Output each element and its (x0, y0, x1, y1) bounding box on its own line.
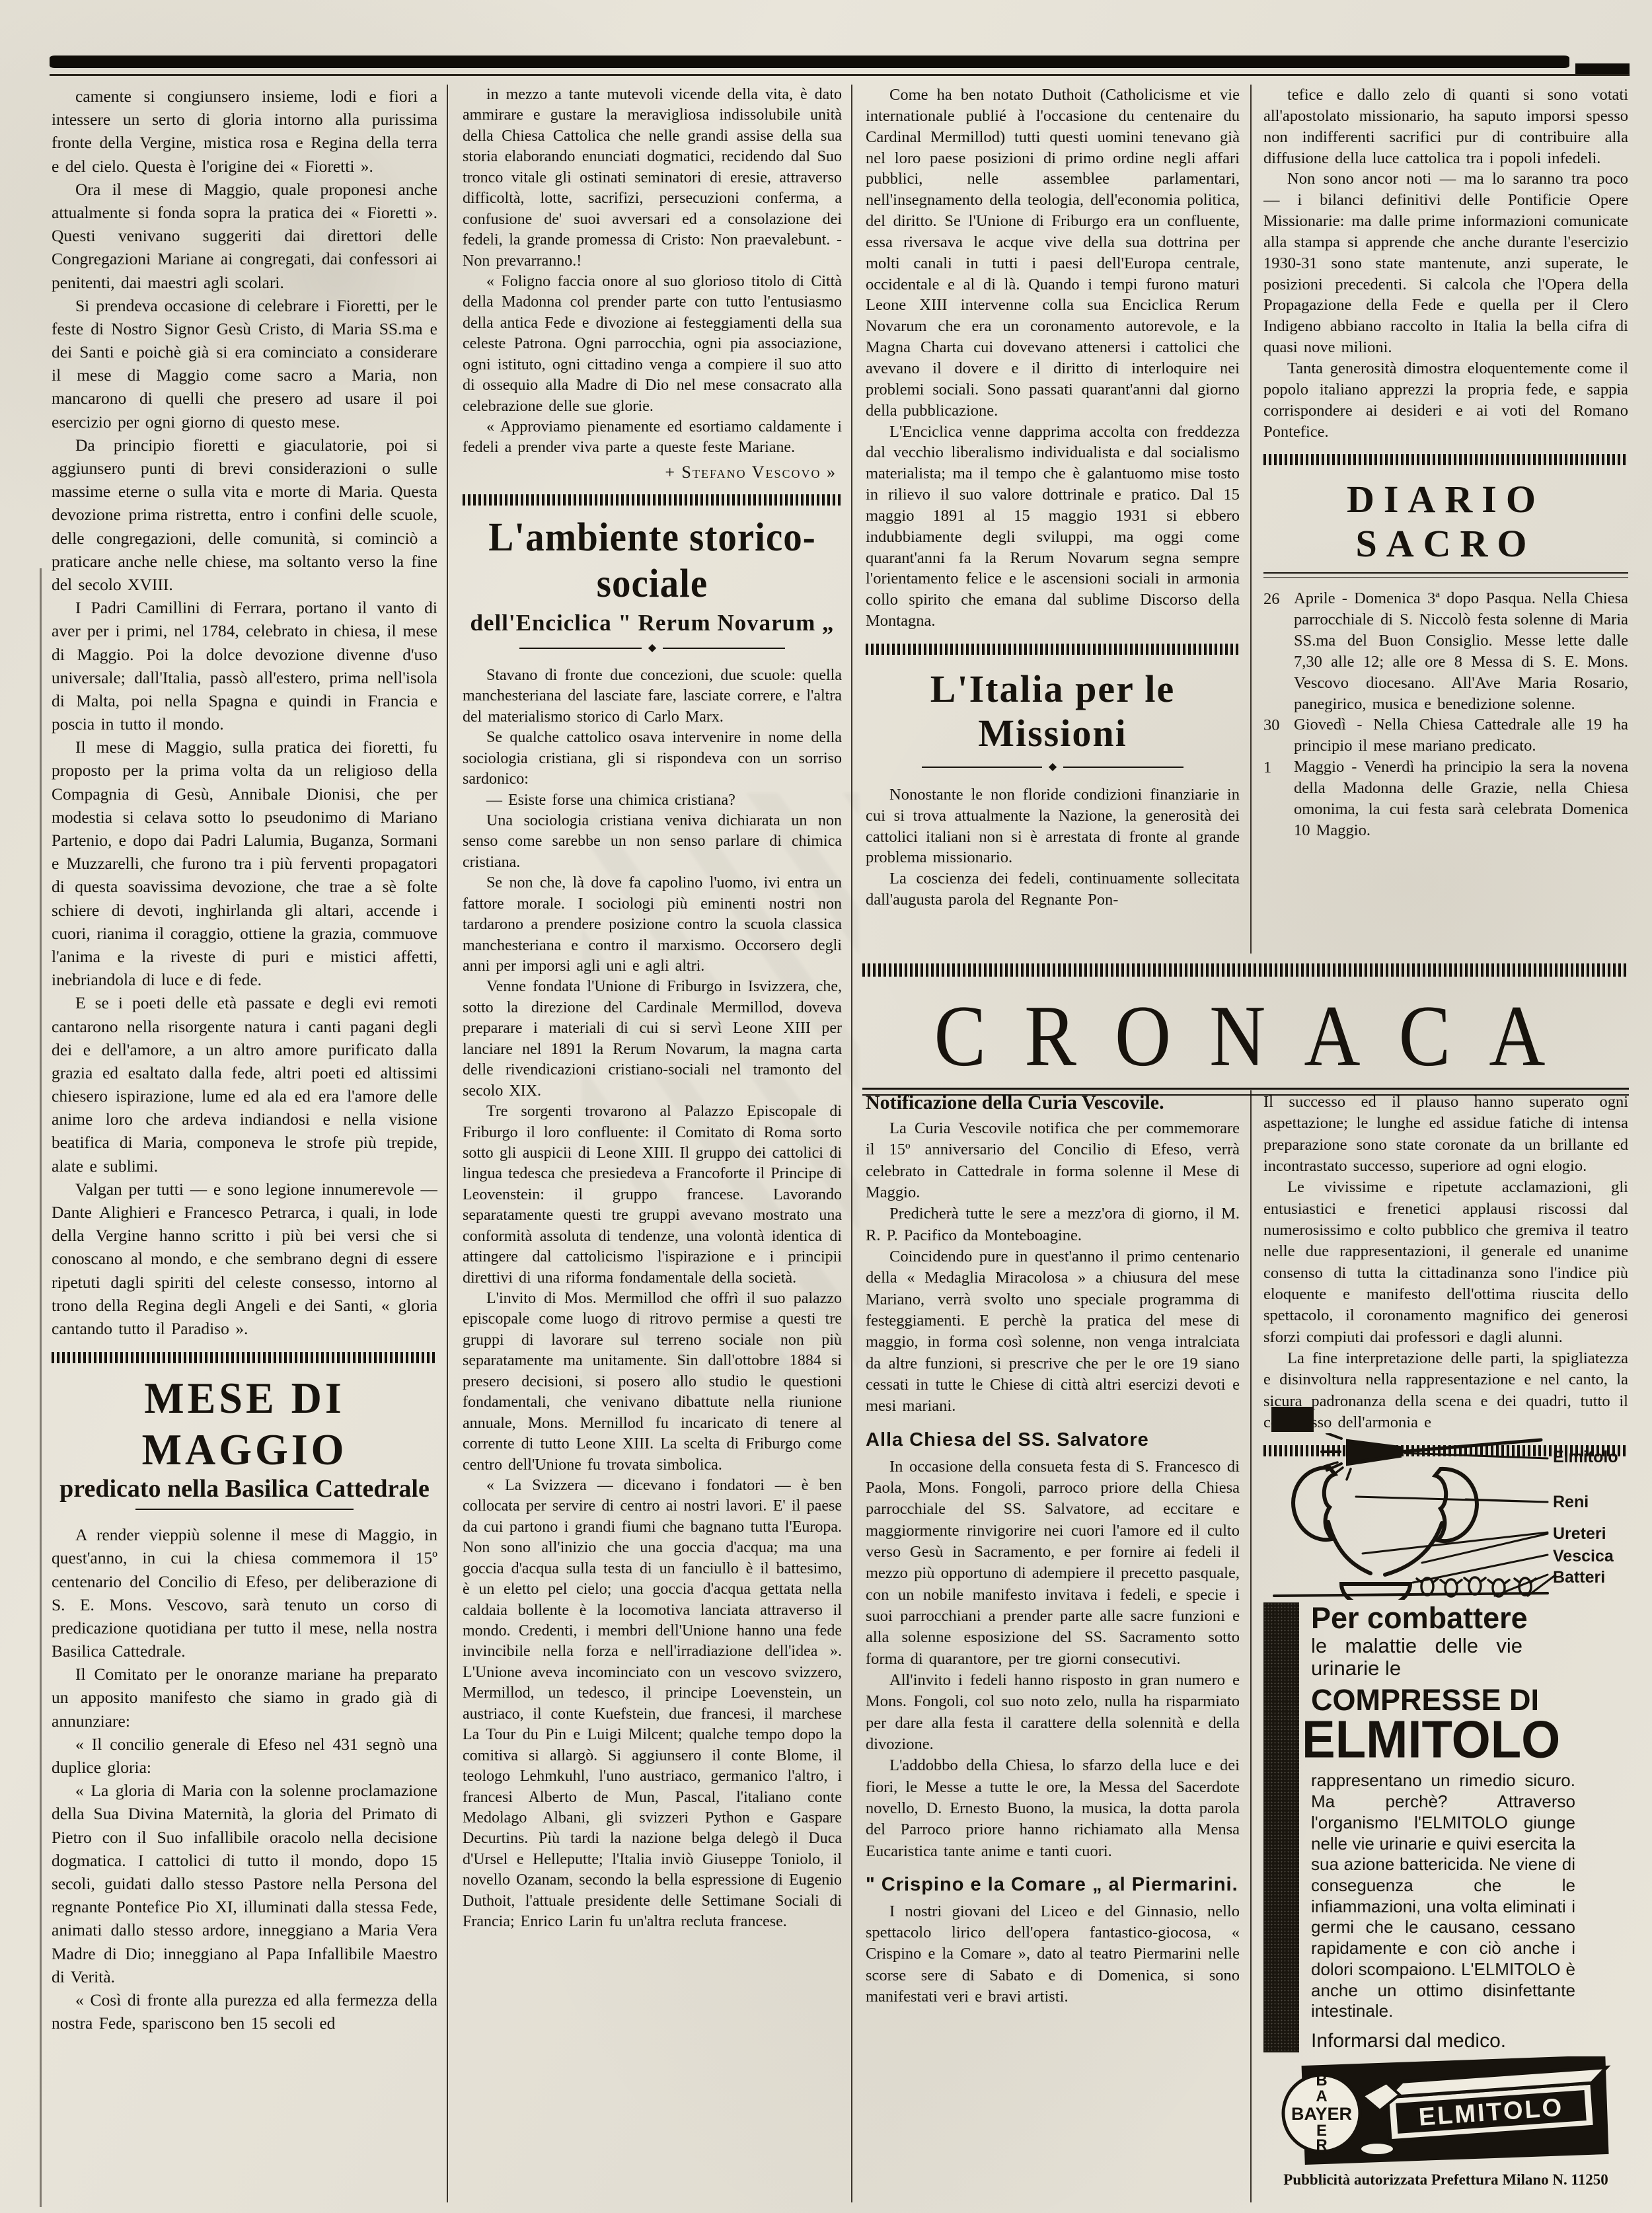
diario-entry-text: Aprile - Domenica 3ª dopo Pasqua. Nella … (1294, 588, 1628, 714)
article-paragraph: in mezzo a tante mutevoli vicende della … (463, 85, 842, 272)
column-4-cronaca-and-ad: Il successo ed il plauso hanno superato … (1263, 1092, 1628, 2205)
article-paragraph: Il Comitato per le onoranze mariane ha p… (52, 1663, 437, 1733)
masthead-thin-rule (50, 74, 1629, 76)
column-divider-3a (1250, 85, 1252, 954)
article-paragraph: I Padri Camillini di Ferrara, portano il… (52, 596, 437, 735)
article-paragraph: « Il concilio generale di Efeso nel 431 … (52, 1733, 437, 1779)
article-paragraph: camente si congiunsero insieme, lodi e f… (52, 85, 437, 178)
column-2: in mezzo a tante mutevoli vicende della … (463, 85, 842, 2207)
section-heading-cronaca: CRONACA (862, 986, 1629, 1086)
article-paragraph: « Così di fronte alla purezza ed alla fe… (52, 1988, 437, 2035)
column-divider-1 (447, 85, 448, 2202)
article-paragraph: Predicherà tutte le sere a mezz'ora di g… (866, 1203, 1240, 1246)
ad-product-line2: ELMITOLO (1302, 1713, 1628, 1766)
urinary-tract-illustration: Elmitolo Reni Ureteri Vescica Batteri (1263, 1433, 1628, 1600)
ad-logo-row: BAYER B A E R ELMITOLO (1263, 2056, 1628, 2170)
cronaca-subheading-ss-salvatore: Alla Chiesa del SS. Salvatore (866, 1429, 1240, 1451)
bayer-logo-and-package: BAYER B A E R ELMITOLO (1263, 2056, 1628, 2170)
article-paragraph: All'invito i fedeli hanno risposto in gr… (866, 1670, 1240, 1755)
article-paragraph: — Esiste forse una chimica cristiana? (463, 790, 842, 811)
diario-entry-text: Giovedì - Nella Chiesa Cattedrale alle 1… (1294, 714, 1628, 757)
ornament-divider: ◆ (922, 762, 1183, 772)
heading-rule (135, 1509, 354, 1510)
diagram-label-ureteri: Ureteri (1553, 1524, 1606, 1544)
article-paragraph: Si prendeva occasione di celebrare i Fio… (52, 294, 437, 433)
section-heading-mese-di-maggio: MESE DI MAGGIO (52, 1372, 437, 1475)
diario-entry: 1 Maggio - Venerdì ha principio la sera … (1263, 757, 1628, 841)
diagram-label-elmitolo: Elmitolo (1553, 1448, 1618, 1467)
column-divider-3b (1250, 1090, 1252, 2202)
newspaper-page: camente si congiunsero insieme, lodi e f… (0, 0, 1652, 2213)
elmitolo-advertisement: Elmitolo Reni Ureteri Vescica Batteri Pe… (1263, 1403, 1628, 2204)
diario-entry-day: 1 (1263, 757, 1294, 841)
article-paragraph: Il mese di Maggio, sulla pratica dei fio… (52, 735, 437, 991)
diario-entry-text: Maggio - Venerdì ha principio la sera la… (1294, 757, 1628, 841)
column-divider-2 (851, 85, 852, 2202)
diamond-ornament-icon: ◆ (648, 643, 656, 654)
article-paragraph: I nostri giovani del Liceo e del Ginnasi… (866, 1901, 1240, 2008)
diagram-label-batteri: Batteri (1553, 1568, 1605, 1587)
svg-text:A: A (1316, 2087, 1327, 2105)
section-divider (52, 1352, 437, 1363)
diario-entry-day: 30 (1263, 714, 1294, 757)
section-subheading-rerum-novarum: dell'Enciclica " Rerum Novarum „ (463, 610, 842, 636)
column-3-cronaca: Notificazione della Curia Vescovile. La … (866, 1092, 1240, 2205)
article-paragraph: Venne fondata l'Unione di Friburgo in Is… (463, 977, 842, 1102)
article-paragraph: Una sociologia cristiana veniva dichiara… (463, 811, 842, 873)
section-divider (866, 644, 1240, 655)
ad-subline: le malattie delle vie urinarie le (1311, 1635, 1522, 1680)
column-1: camente si congiunsero insieme, lodi e f… (52, 85, 437, 2207)
article-paragraph: Nonostante le non floride condizioni fin… (866, 784, 1240, 868)
article-paragraph: « Approviamo pienamente ed esortiamo cal… (463, 417, 842, 459)
article-paragraph: Valgan per tutti — e sono legione innume… (52, 1178, 437, 1340)
article-paragraph: Non sono ancor noti — ma lo saranno tra … (1263, 169, 1628, 358)
svg-text:B: B (1316, 2072, 1327, 2089)
column-3-upper: Come ha ben notato Duthoit (Catholicisme… (866, 85, 1240, 958)
ad-body-text: rappresentano un rimedio sicuro. Ma perc… (1311, 1770, 1575, 2022)
section-subheading: predicato nella Basilica Cattedrale (52, 1474, 437, 1503)
article-paragraph: A render vieppiù solenne il mese di Magg… (52, 1523, 437, 1663)
article-paragraph: Le vivissime e ripetute acclamazioni, gl… (1263, 1177, 1628, 1348)
article-paragraph: Stavano di fronte due concezioni, due sc… (463, 665, 842, 728)
cronaca-subheading-crispino: " Crispino e la Comare „ al Piermarini. (866, 1874, 1240, 1896)
svg-text:R: R (1316, 2136, 1327, 2154)
cronaca-banner: CRONACA (862, 963, 1629, 1106)
ad-call-to-action: Informarsi dal medico. (1311, 2030, 1628, 2052)
pastoral-letter-signature: + Stefano Vescovo » (463, 459, 842, 482)
ad-text-block: Per combattere le malattie delle vie uri… (1263, 1602, 1628, 2052)
page-left-edge (40, 568, 42, 2207)
masthead-rule (50, 56, 1569, 68)
article-paragraph: Ora il mese di Maggio, quale proponesi a… (52, 178, 437, 294)
column-4-upper: tefice e dallo zelo di quanti si sono vo… (1263, 85, 1628, 958)
section-divider (862, 963, 1629, 977)
article-paragraph: Come ha ben notato Duthoit (Catholicisme… (866, 85, 1240, 422)
article-paragraph: tefice e dallo zelo di quanti si sono vo… (1263, 85, 1628, 169)
section-heading-italia-missioni: L'Italia per le Missioni (866, 667, 1240, 755)
article-paragraph: In occasione della consueta festa di S. … (866, 1456, 1240, 1670)
section-heading-diario-sacro: DIARIO SACRO (1263, 477, 1628, 566)
diagram-label-reni: Reni (1553, 1493, 1589, 1512)
svg-text:BAYER: BAYER (1291, 2104, 1352, 2124)
article-paragraph: E se i poeti delle età passate e degli e… (52, 991, 437, 1178)
ad-lead-line: Per combattere (1311, 1602, 1628, 1633)
cronaca-subheading-notificazione: Notificazione della Curia Vescovile. (866, 1092, 1240, 1114)
article-paragraph: « La Svizzera — dicevano i fondatori — è… (463, 1476, 842, 1933)
diario-entry-day: 26 (1263, 588, 1294, 714)
article-paragraph: « La gloria di Maria con la solenne proc… (52, 1779, 437, 1988)
article-paragraph: La Curia Vescovile notifica che per comm… (866, 1118, 1240, 1203)
section-divider (1263, 454, 1628, 465)
article-paragraph: « Foligno faccia onore al suo glorioso t… (463, 272, 842, 417)
section-divider (463, 494, 842, 506)
ornament-divider: ◆ (519, 643, 785, 654)
ad-side-bar (1263, 1602, 1299, 2052)
article-paragraph: Da principio fioretti e giaculatorie, po… (52, 433, 437, 596)
article-paragraph: Coincidendo pure in quest'anno il primo … (866, 1246, 1240, 1417)
article-paragraph: Se qualche cattolico osava intervenire i… (463, 728, 842, 790)
article-paragraph: L'addobbo della Chiesa, lo sfarzo della … (866, 1755, 1240, 1862)
article-paragraph: L'Enciclica venne dapprima accolta con f… (866, 422, 1240, 632)
diagram-label-vescica: Vescica (1553, 1547, 1614, 1566)
article-paragraph: Tanta generosità dimostra eloquentemente… (1263, 358, 1628, 442)
article-paragraph: L'invito di Mos. Mermillod che offrì il … (463, 1289, 842, 1476)
section-heading-ambiente-storico-sociale: L'ambiente storico-sociale (463, 514, 842, 607)
article-paragraph: Tre sorgenti trovarono al Palazzo Episco… (463, 1102, 842, 1289)
diario-entry: 26 Aprile - Domenica 3ª dopo Pasqua. Nel… (1263, 588, 1628, 714)
heading-double-rule (1263, 572, 1628, 578)
ad-ink-square (1271, 1407, 1314, 1432)
article-paragraph: Il successo ed il plauso hanno superato … (1263, 1092, 1628, 1177)
diamond-ornament-icon: ◆ (1049, 762, 1057, 772)
article-paragraph: Se non che, là dove fa capolino l'uomo, … (463, 873, 842, 977)
ad-authorization-caption: Pubblicità autorizzata Prefettura Milano… (1263, 2171, 1628, 2189)
diario-entry: 30 Giovedì - Nella Chiesa Cattedrale all… (1263, 714, 1628, 757)
article-paragraph: La coscienza dei fedeli, continuamente s… (866, 868, 1240, 911)
